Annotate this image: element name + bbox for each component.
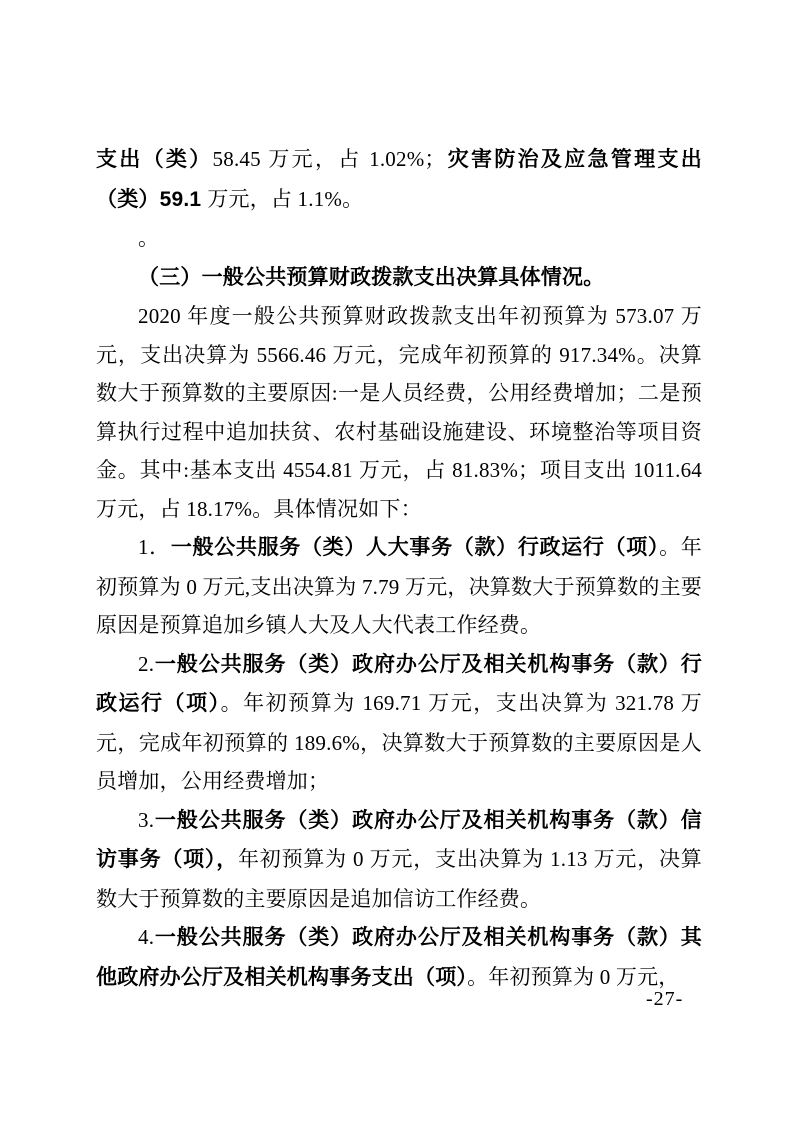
text-run: 3.	[138, 808, 154, 832]
paragraph-item-4: 4.一般公共服务（类）政府办公厅及相关机构事务（款）其他政府办公厅及相关机构事务…	[96, 918, 702, 997]
bold-text-run: 一般公共服务（类）人大事务（款）行政运行（项）	[171, 536, 659, 559]
text-run: 万元，占 1.1%。	[207, 187, 363, 211]
section-heading: （三）一般公共预算财政拨款支出决算具体情况。	[96, 258, 702, 298]
text-run: 。年初预算为 0 万元，	[467, 965, 679, 989]
document-page: 支出（类）58.45 万元，占 1.02%；灾害防治及应急管理支出（类）59.1…	[0, 0, 793, 1122]
document-body: 支出（类）58.45 万元，占 1.02%；灾害防治及应急管理支出（类）59.1…	[96, 140, 702, 997]
paragraph-stray-period: 。	[96, 219, 702, 258]
bold-text-run: （三）一般公共预算财政拨款支出决算具体情况。	[138, 266, 604, 289]
text-run: 。	[138, 226, 159, 250]
paragraph-item-2: 2.一般公共服务（类）政府办公厅及相关机构事务（款）行政运行（项）。年初预算为 …	[96, 645, 702, 801]
paragraph-item-3: 3.一般公共服务（类）政府办公厅及相关机构事务（款）信访事务（项），年初预算为 …	[96, 801, 702, 919]
bold-text-run: 支出（类）	[96, 148, 213, 171]
text-run: 2020 年度一般公共预算财政拨款支出年初预算为 573.07 万元，支出决算为…	[96, 304, 702, 521]
paragraph-overview: 2020 年度一般公共预算财政拨款支出年初预算为 573.07 万元，支出决算为…	[96, 297, 702, 528]
text-run: 58.45 万元，占 1.02%；	[213, 147, 446, 171]
paragraph-expenditure-continued: 支出（类）58.45 万元，占 1.02%；灾害防治及应急管理支出（类）59.1…	[96, 140, 702, 219]
page-number: -27-	[646, 988, 683, 1011]
text-run: 1．	[138, 535, 171, 559]
text-run: 4.	[138, 925, 154, 949]
paragraph-item-1: 1．一般公共服务（类）人大事务（款）行政运行（项）。年初预算为 0 万元,支出决…	[96, 528, 702, 645]
text-run: 2.	[138, 652, 154, 676]
